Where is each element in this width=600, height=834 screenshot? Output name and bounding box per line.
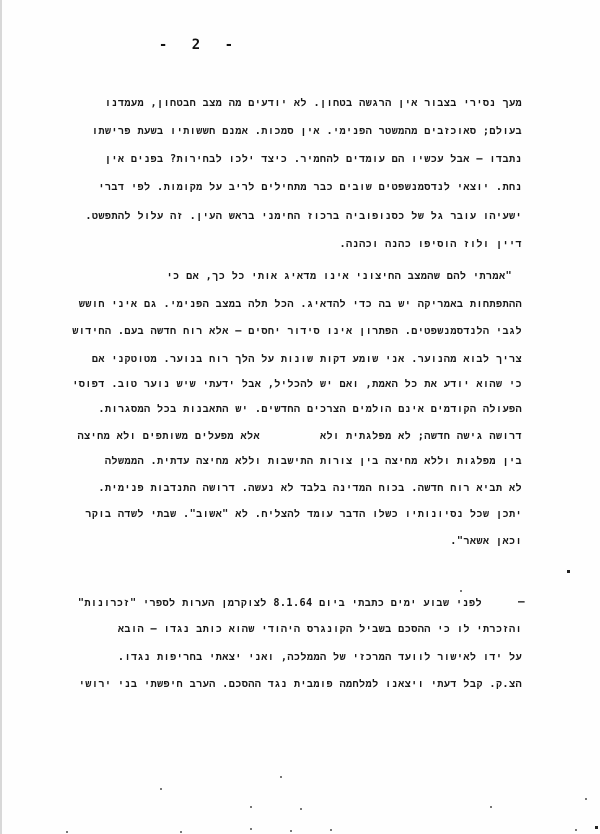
scan-speck [330, 829, 332, 831]
scan-speck [280, 776, 282, 778]
scan-speck [300, 808, 302, 810]
scan-speck [567, 570, 570, 573]
text-line: דיין ולוז הוסיפו כהנה וכהנה. [340, 238, 522, 252]
text-line: יתכן שכל נסיונותיו כשלו הדבר עומד להצליח… [85, 508, 522, 522]
text-line: נחת. יוצאי לנדסמנשפטים שובים כבר מתחילים… [98, 181, 522, 195]
scan-speck [180, 831, 182, 833]
text-line: דרושה גישה חדשה; לא מפלגתית ולא [320, 430, 522, 444]
text-line: לא תביא רוח חדשה. בכוח המדינה בלבד לא נע… [98, 482, 522, 496]
scan-speck [250, 806, 252, 808]
text-line: הצ.ק. קבל דעתי ויצאנו למלחמה פומבית נגד … [79, 678, 522, 692]
text-line: והזכרתי לו כי ההסכם בשביל הקונגרס היהודי… [118, 623, 522, 637]
scan-speck [66, 831, 68, 833]
text-line: ישעיהו עובר גל של כסנופוביה ברכוז החימני… [85, 210, 522, 224]
text-line: ההתפתחות באמריקה יש בה כדי להדאיג. הכל ת… [79, 298, 522, 312]
scan-speck [575, 829, 577, 831]
text-line: לפני שבוע ימים כתבתי ביום 8.1.64 לצוקרמן… [78, 597, 482, 611]
scan-speck [460, 590, 462, 592]
text-line: אלא מפעלים משותפים ולא מחיצה [78, 430, 260, 444]
text-line: מעך נסירי בצבור אין הרגשה בטחון. לא יודע… [105, 97, 522, 111]
text-line: "אמרתי להם שהמצב החיצוני אינו מדאיג אותי… [167, 270, 512, 284]
scan-speck [585, 798, 587, 800]
page-number: - 2 - [150, 37, 250, 53]
scan-speck [160, 788, 162, 790]
text-line: בין מפלגות וללא מחיצה בין צורות התישבות … [105, 455, 522, 469]
text-line: כי שהוא יודע את כל האמת, ואם יש להכליל, … [72, 378, 522, 392]
text-line: בעולם; סאוכזבים מהמשטר הפנימי. אין סמכות… [92, 125, 522, 139]
text-line: נתבדו – אבל עכשיו הם עומדים להחמיר. כיצד… [105, 153, 522, 167]
scan-speck [595, 826, 598, 829]
text-line: צריך לבוא מהנוער. אני שומע דקות שונות על… [92, 353, 522, 367]
scan-speck [250, 828, 252, 830]
text-line: לגבי הלנדסמנשפטים. הפתרון אינו סידור יחס… [72, 325, 522, 339]
document-page: - 2 - מעך נסירי בצבור אין הרגשה בטחון. ל… [0, 0, 600, 834]
scan-speck [490, 806, 492, 808]
leading-dash: – [518, 595, 525, 608]
scan-speck [290, 830, 292, 832]
scan-edge [0, 0, 2, 834]
text-line: וכאן אשאר". [450, 535, 522, 549]
text-line: על ידו לאישור לוועד המרכזי של הממלכה, וא… [118, 651, 522, 665]
text-line: הפעולה הקודמים אינם הולמים הצרכים החדשים… [98, 403, 522, 417]
